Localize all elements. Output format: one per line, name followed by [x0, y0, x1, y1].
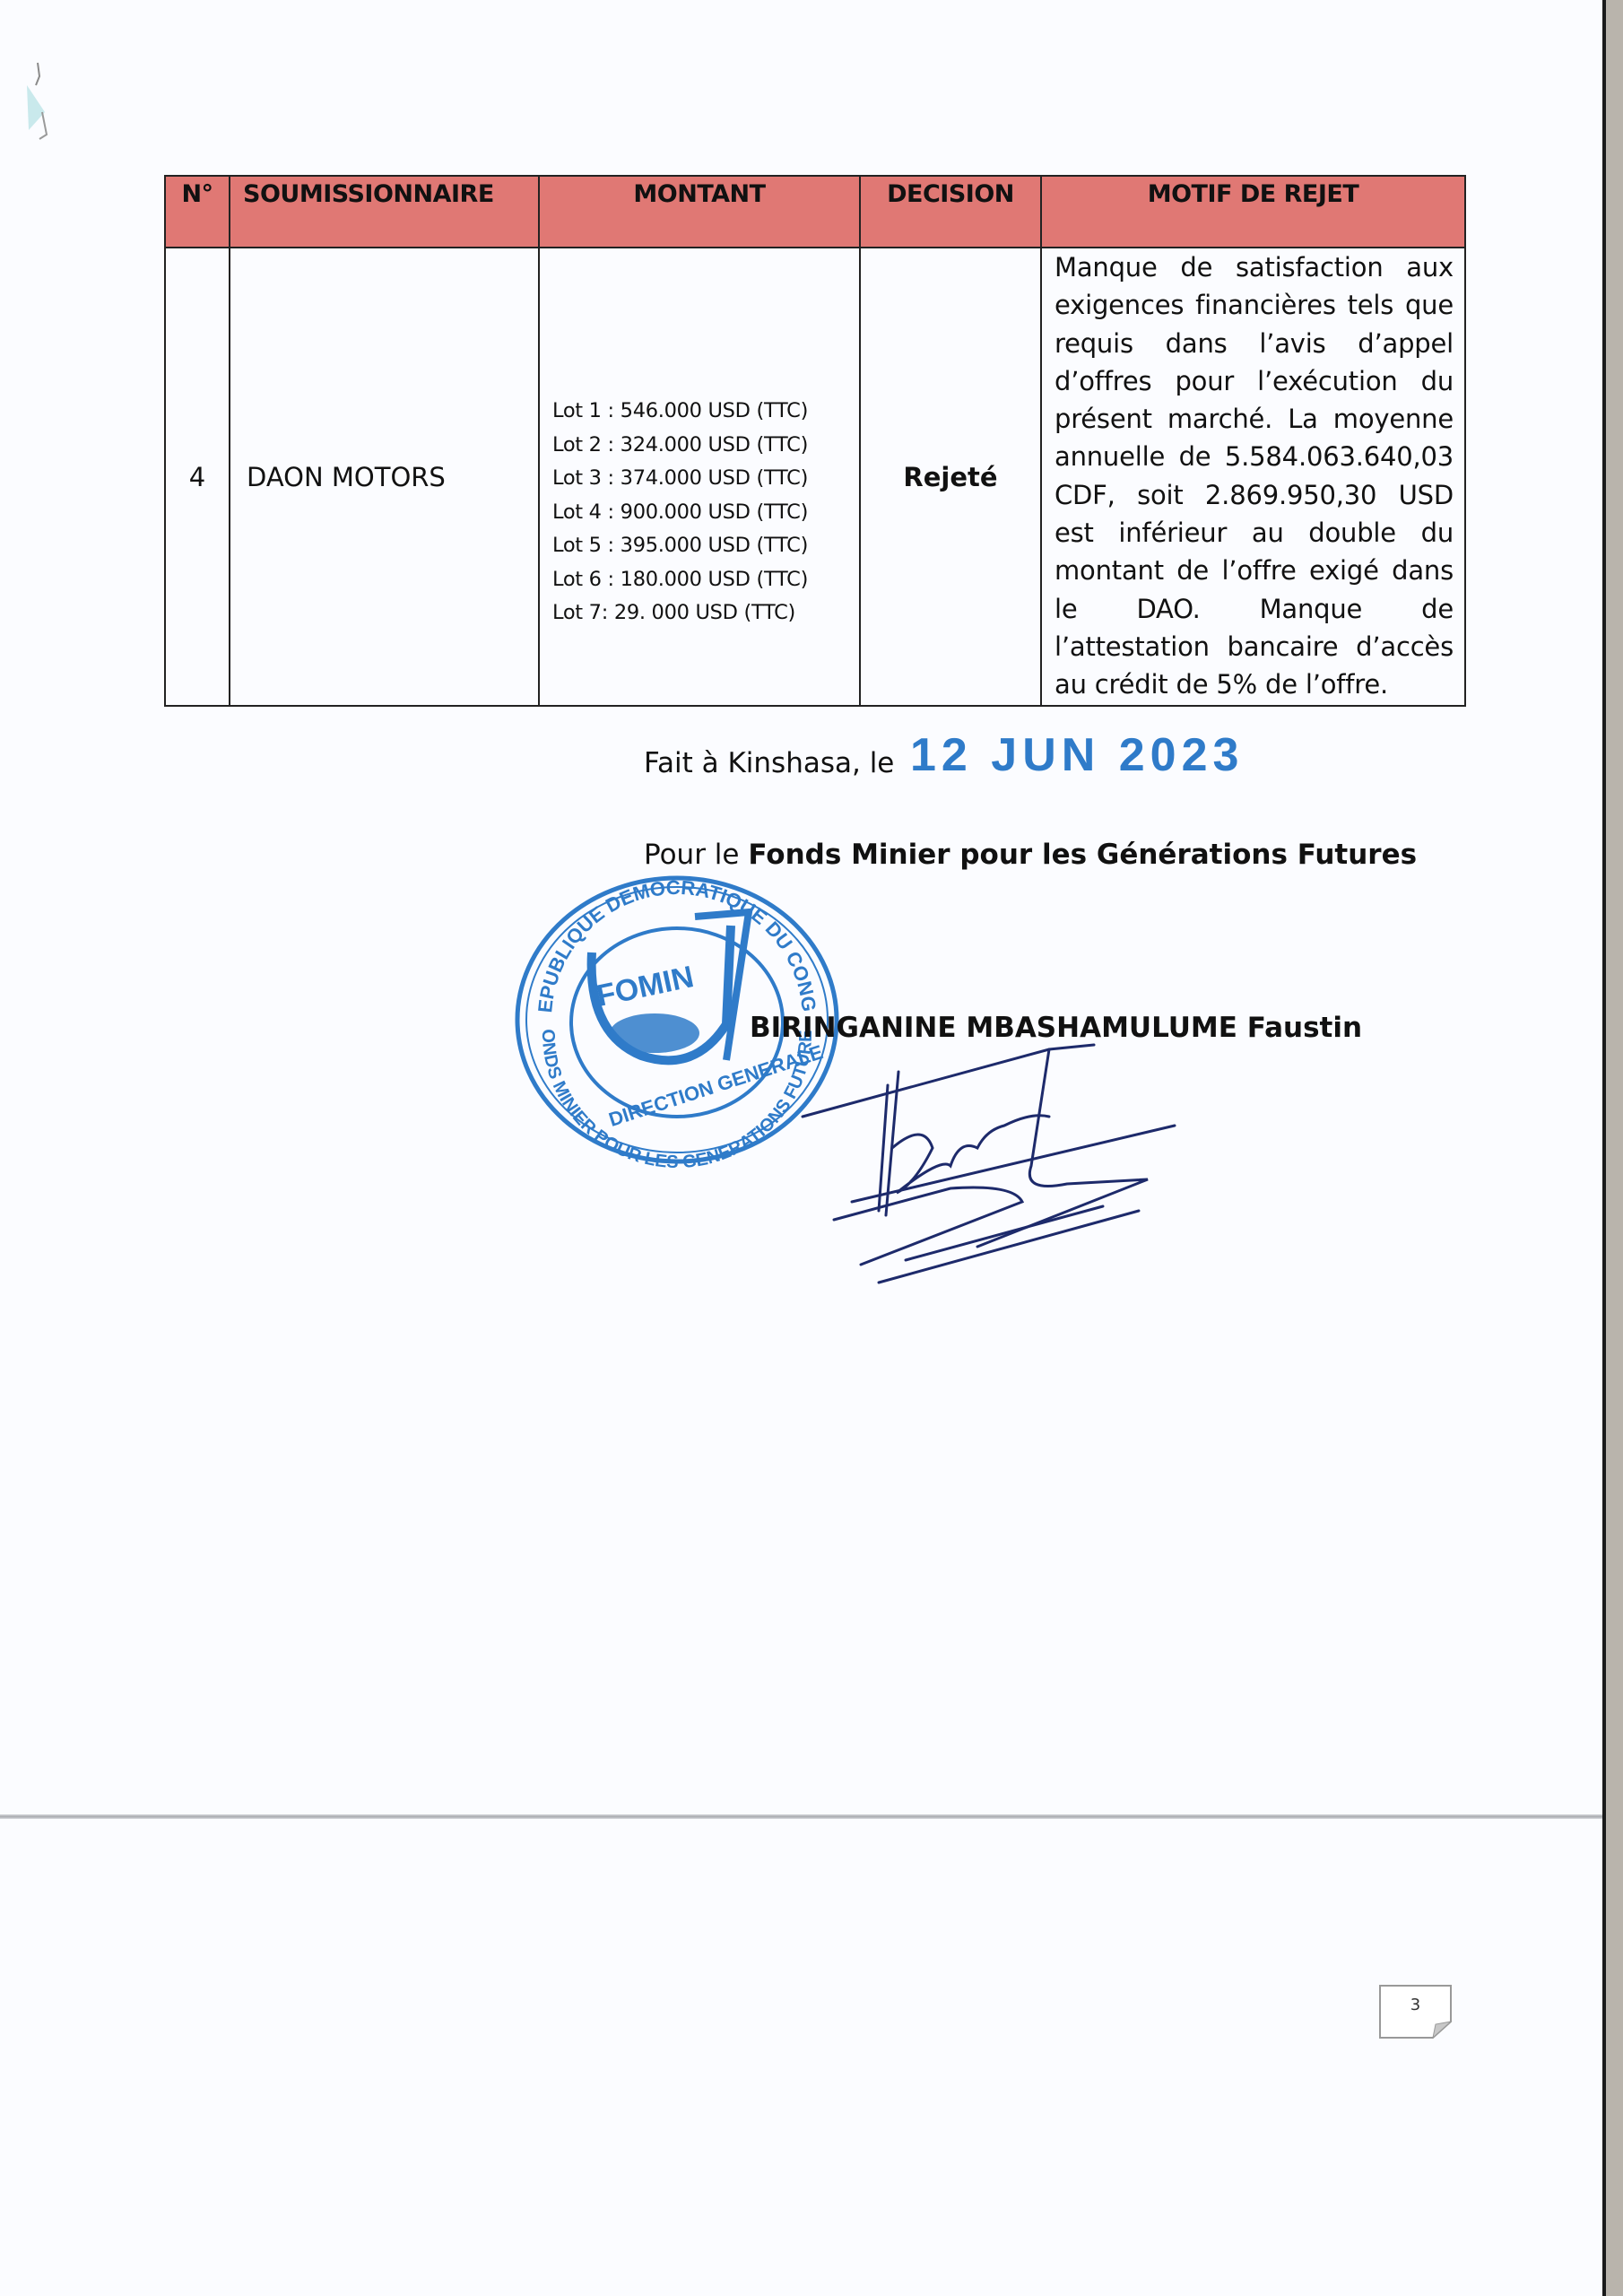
rejection-reason: Manque de satisfaction aux exigences fin… [1041, 248, 1465, 706]
page-number: 3 [1378, 1996, 1453, 2014]
handwritten-signature-icon [798, 1031, 1354, 1300]
lot-list: Lot 1 : 546.000 USD (TTC) Lot 2 : 324.00… [552, 323, 858, 631]
decision-value: Rejeté [860, 248, 1041, 706]
header-decision: DECISION [860, 176, 1041, 248]
header-num: N° [165, 176, 230, 248]
lot-amount: Lot 6 : 180.000 USD (TTC) [552, 563, 858, 597]
table-row: 4 DAON MOTORS Lot 1 : 546.000 USD (TTC) … [165, 248, 1465, 706]
seal-logo-text: FOMIN [594, 960, 697, 1013]
lot-amount: Lot 3 : 374.000 USD (TTC) [552, 462, 858, 496]
row-number: 4 [165, 248, 230, 706]
lot-amount: Lot 4 : 900.000 USD (TTC) [552, 496, 858, 530]
header-motif: MOTIF DE REJET [1041, 176, 1465, 248]
lot-amount: Lot 5 : 395.000 USD (TTC) [552, 529, 858, 563]
page-edge-shadow [1606, 0, 1623, 2296]
table-header-row: N° SOUMISSIONNAIRE MONTANT DECISION MOTI… [165, 176, 1465, 248]
staple-mark-icon [20, 58, 65, 143]
paper-fold-line [0, 1814, 1602, 1819]
lot-amount: Lot 1 : 546.000 USD (TTC) [552, 395, 858, 429]
place-date-label: Fait à Kinshasa, le [644, 747, 894, 779]
lot-amount: Lot 2 : 324.000 USD (TTC) [552, 429, 858, 463]
date-stamp: 12 JUN 2023 [910, 728, 1244, 782]
lot-amount: Lot 7: 29. 000 USD (TTC) [552, 596, 858, 631]
bids-table: N° SOUMISSIONNAIRE MONTANT DECISION MOTI… [164, 175, 1466, 707]
header-montant: MONTANT [539, 176, 860, 248]
amount-cell: Lot 1 : 546.000 USD (TTC) Lot 2 : 324.00… [539, 248, 860, 706]
bidder-name: DAON MOTORS [230, 248, 539, 706]
header-soumissionnaire: SOUMISSIONNAIRE [230, 176, 539, 248]
